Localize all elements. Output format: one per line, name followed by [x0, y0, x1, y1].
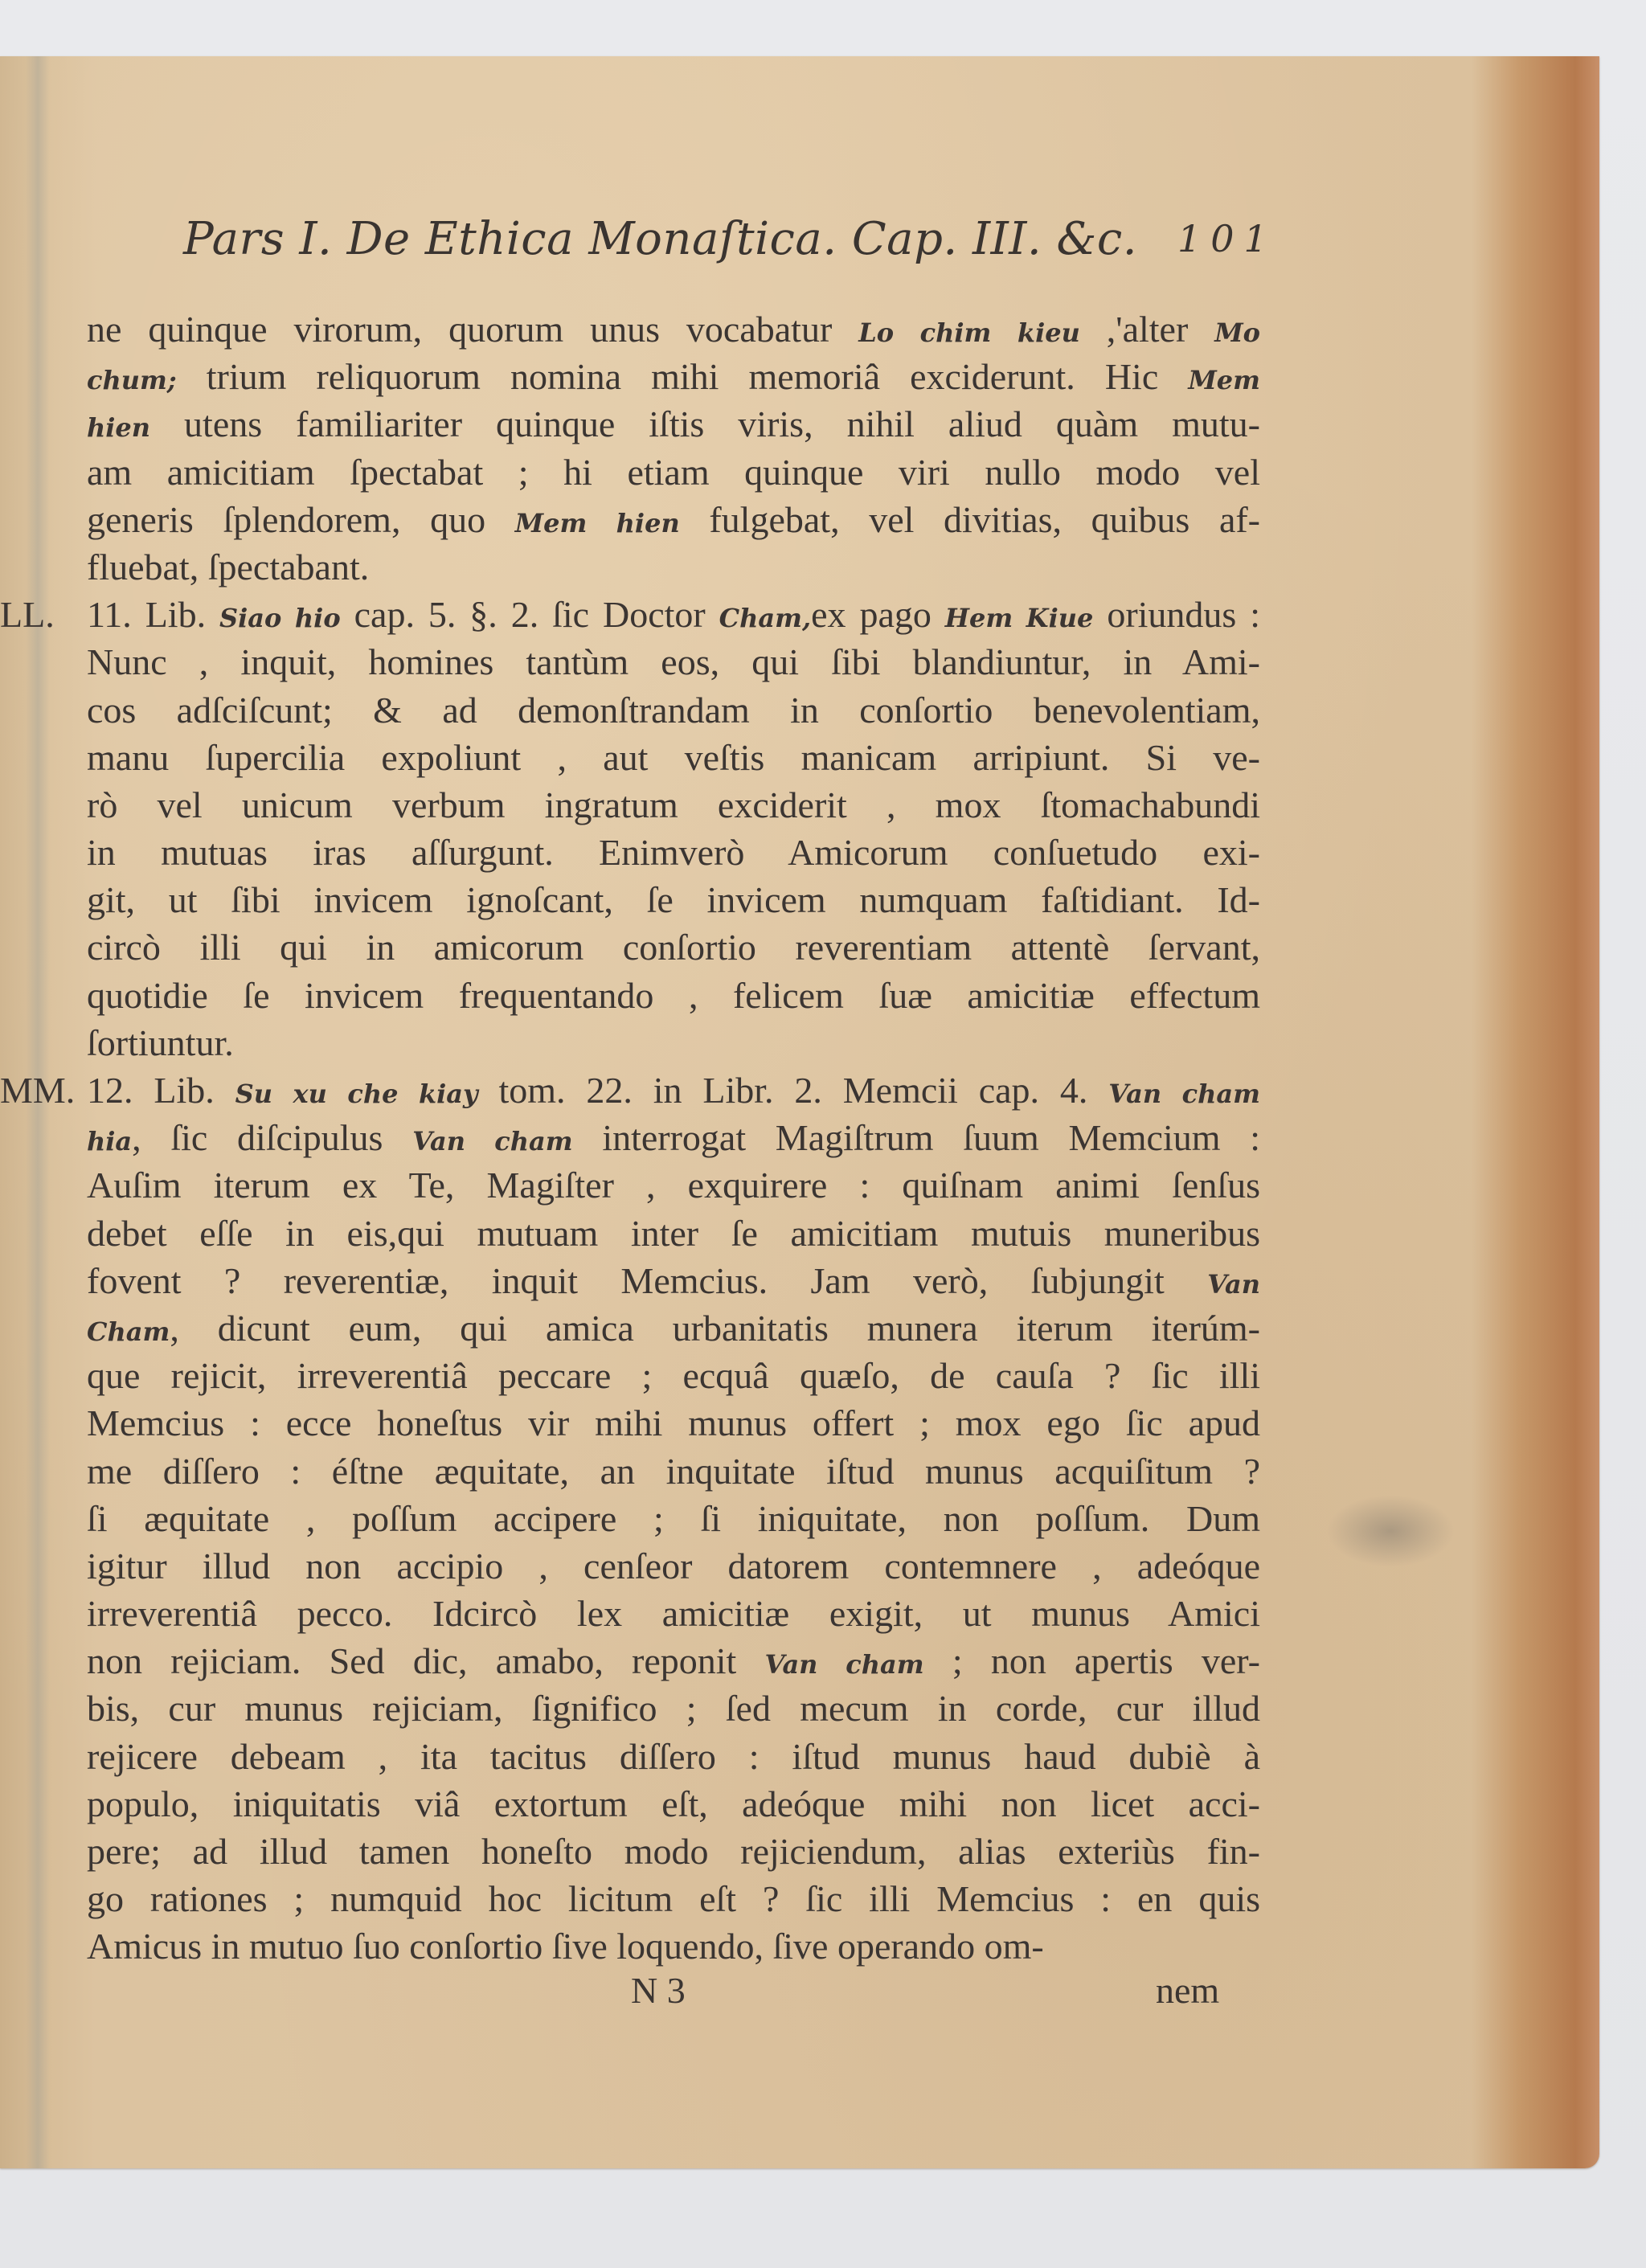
- text-line: circò illi qui in amicorum conſortio rev…: [87, 923, 1260, 971]
- roman-text: fluebat, ſpectabant.: [87, 547, 369, 587]
- text-line: ne quinque virorum, quorum unus vocabatu…: [87, 305, 1260, 353]
- roman-text: cap. 5. §. 2. ſic Doctor: [341, 594, 719, 635]
- text-line: pere; ad illud tamen honeſto modo rejici…: [87, 1828, 1260, 1875]
- roman-text: , ſic diſcipulus: [132, 1117, 412, 1158]
- marginal-note-letter: MM.: [0, 1066, 75, 1114]
- text-line: non rejiciam. Sed dic, amabo, reponit Va…: [87, 1637, 1260, 1685]
- roman-text: fulgebat, vel divitias, quibus af-: [680, 499, 1260, 540]
- italic-name: Van cham: [1108, 1079, 1260, 1109]
- roman-text: igitur illud non accipio , cenſeor dator…: [87, 1545, 1260, 1586]
- roman-text: in mutuas iras aſſurgunt. Enimverò Amico…: [87, 832, 1260, 873]
- italic-name: Van cham: [412, 1126, 573, 1157]
- roman-text: interrogat Magiſtrum ſuum Memcium :: [573, 1117, 1260, 1158]
- roman-text: tom. 22. in Libr. 2. Memcii cap. 4.: [478, 1070, 1109, 1111]
- text-line: Auſim iterum ex Te, Magiſter , exquirere…: [87, 1161, 1260, 1209]
- page-number: 101: [1177, 217, 1277, 260]
- roman-text: bis, cur munus rejiciam, ſignifico ; ſed…: [87, 1688, 1260, 1729]
- roman-text: manu ſupercilia expoliunt , aut veſtis m…: [87, 737, 1260, 778]
- italic-name: Lo chim kieu: [858, 317, 1080, 348]
- running-head: Pars I. De Ethica Monaſtica. Cap. III. &…: [183, 213, 1276, 265]
- roman-text: que rejicit, irreverentiâ peccare ; ecqu…: [87, 1355, 1260, 1396]
- roman-text: irreverentiâ pecco. Idcircò lex amicitiæ…: [87, 1593, 1260, 1634]
- text-line: igitur illud non accipio , cenſeor dator…: [87, 1542, 1260, 1590]
- text-line: am amicitiam ſpectabat ; hi etiam quinqu…: [87, 448, 1260, 496]
- roman-text: populo, iniquitatis viâ extortum eſt, ad…: [87, 1783, 1260, 1824]
- text-line: in mutuas iras aſſurgunt. Enimverò Amico…: [87, 829, 1260, 876]
- italic-name: Cham: [87, 1316, 170, 1347]
- ink-stain: [1326, 1495, 1455, 1567]
- text-line: chum; trium reliquorum nomina mihi memor…: [87, 353, 1260, 400]
- roman-text: ex pago: [811, 594, 945, 635]
- text-line: cos adſciſcunt; & ad demonſtrandam in co…: [87, 686, 1260, 734]
- roman-text: debet eſſe in eis,qui mutuam inter ſe am…: [87, 1213, 1260, 1254]
- text-line: hia, ſic diſcipulus Van cham interrogat …: [87, 1114, 1260, 1161]
- roman-text: generis ſplendorem, quo: [87, 499, 515, 540]
- italic-name: hia: [87, 1126, 132, 1157]
- text-line: Cham, dicunt eum, qui amica urbanitatis …: [87, 1304, 1260, 1352]
- italic-name: chum;: [87, 365, 177, 395]
- text-line: rò vel unicum verbum ingratum exciderit …: [87, 781, 1260, 829]
- roman-text: quotidie ſe invicem frequentando , felic…: [87, 975, 1260, 1016]
- text-line: manu ſupercilia expoliunt , aut veſtis m…: [87, 734, 1260, 781]
- italic-name: Mem: [1188, 365, 1260, 395]
- roman-text: ſi æquitate , poſſum accipere ; ſi iniqu…: [87, 1498, 1260, 1539]
- book-page: Pars I. De Ethica Monaſtica. Cap. III. &…: [0, 56, 1599, 2168]
- roman-text: oriundus :: [1093, 594, 1260, 635]
- roman-text: go rationes ; numquid hoc licitum eſt ? …: [87, 1878, 1260, 1919]
- text-line: LL.11. Lib. Siao hio cap. 5. §. 2. ſic D…: [87, 591, 1260, 638]
- italic-name: Su xu che kiay: [235, 1079, 478, 1109]
- text-line: Nunc , inquit, homines tantùm eos, qui ſ…: [87, 638, 1260, 686]
- roman-text: ne quinque virorum, quorum unus vocabatu…: [87, 309, 858, 350]
- text-line: que rejicit, irreverentiâ peccare ; ecqu…: [87, 1352, 1260, 1399]
- roman-text: Amicus in mutuo ſuo conſortio ſive loque…: [87, 1926, 1044, 1967]
- roman-text: 11. Lib.: [87, 594, 219, 635]
- marginal-note-letter: LL.: [0, 591, 55, 638]
- italic-name: Cham,: [719, 603, 811, 633]
- roman-text: ; non apertis ver-: [924, 1640, 1260, 1681]
- roman-text: 12. Lib.: [87, 1070, 235, 1111]
- italic-name: Van: [1207, 1269, 1260, 1300]
- roman-text: non rejiciam. Sed dic, amabo, reponit: [87, 1640, 765, 1681]
- text-line: MM.12. Lib. Su xu che kiay tom. 22. in L…: [87, 1066, 1260, 1114]
- roman-text: pere; ad illud tamen honeſto modo rejici…: [87, 1831, 1260, 1872]
- text-line: hien utens familiariter quinque iſtis vi…: [87, 400, 1260, 448]
- text-line: irreverentiâ pecco. Idcircò lex amicitiæ…: [87, 1590, 1260, 1637]
- roman-text: trium reliquorum nomina mihi memoriâ exc…: [177, 356, 1189, 397]
- scanned-book-page-viewer: Pars I. De Ethica Monaſtica. Cap. III. &…: [0, 0, 1646, 2268]
- roman-text: me diſſero : éſtne æquitate, an inquitat…: [87, 1451, 1260, 1492]
- italic-name: Mo: [1214, 317, 1260, 348]
- roman-text: git, ut ſibi invicem ignoſcant, ſe invic…: [87, 879, 1260, 920]
- roman-text: Auſim iterum ex Te, Magiſter , exquirere…: [87, 1165, 1260, 1206]
- text-line: go rationes ; numquid hoc licitum eſt ? …: [87, 1875, 1260, 1922]
- text-line: quotidie ſe invicem frequentando , felic…: [87, 972, 1260, 1019]
- text-line: bis, cur munus rejiciam, ſignifico ; ſed…: [87, 1685, 1260, 1732]
- text-line: generis ſplendorem, quo Mem hien fulgeba…: [87, 496, 1260, 543]
- text-line: me diſſero : éſtne æquitate, an inquitat…: [87, 1447, 1260, 1495]
- roman-text: Memcius : ecce honeſtus vir mihi munus o…: [87, 1402, 1260, 1443]
- text-line: ſortiuntur.: [87, 1019, 1260, 1066]
- roman-text: ſortiuntur.: [87, 1022, 234, 1063]
- italic-name: hien: [87, 412, 150, 443]
- text-line: fluebat, ſpectabant.: [87, 543, 1260, 591]
- catchword: nem: [1156, 1969, 1219, 2012]
- italic-name: Hem Kiue: [945, 603, 1094, 633]
- italic-name: Van cham: [765, 1649, 924, 1680]
- text-line: debet eſſe in eis,qui mutuam inter ſe am…: [87, 1210, 1260, 1257]
- roman-text: utens familiariter quinque iſtis viris, …: [150, 403, 1260, 444]
- roman-text: rò vel unicum verbum ingratum exciderit …: [87, 784, 1260, 825]
- signature-mark: N 3: [631, 1969, 686, 2012]
- roman-text: , dicunt eum, qui amica urbanitatis mune…: [170, 1308, 1260, 1349]
- text-line: fovent ? reverentiæ, inquit Memcius. Jam…: [87, 1257, 1260, 1304]
- text-line: Memcius : ecce honeſtus vir mihi munus o…: [87, 1399, 1260, 1447]
- roman-text: cos adſciſcunt; & ad demonſtrandam in co…: [87, 690, 1260, 731]
- roman-text: rejicere debeam , ita tacitus diſſero : …: [87, 1736, 1260, 1777]
- text-line: populo, iniquitatis viâ extortum eſt, ad…: [87, 1780, 1260, 1828]
- text-line: rejicere debeam , ita tacitus diſſero : …: [87, 1733, 1260, 1780]
- roman-text: Nunc , inquit, homines tantùm eos, qui ſ…: [87, 641, 1260, 682]
- text-line: ſi æquitate , poſſum accipere ; ſi iniqu…: [87, 1495, 1260, 1542]
- text-line: Amicus in mutuo ſuo conſortio ſive loque…: [87, 1922, 1260, 1970]
- roman-text: ,'alter: [1080, 309, 1214, 350]
- roman-text: fovent ? reverentiæ, inquit Memcius. Jam…: [87, 1260, 1207, 1301]
- body-text: ne quinque virorum, quorum unus vocabatu…: [87, 305, 1260, 1971]
- roman-text: am amicitiam ſpectabat ; hi etiam quinqu…: [87, 452, 1260, 493]
- italic-name: Mem hien: [515, 508, 680, 538]
- text-line: git, ut ſibi invicem ignoſcant, ſe invic…: [87, 876, 1260, 923]
- italic-name: Siao hio: [219, 603, 341, 633]
- roman-text: circò illi qui in amicorum conſortio rev…: [87, 927, 1260, 968]
